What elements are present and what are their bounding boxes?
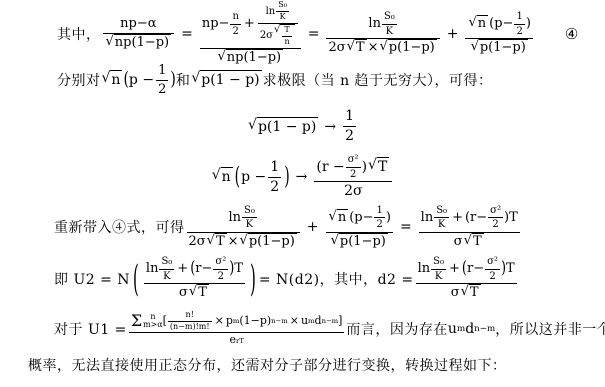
radical-sign-icon: √ (380, 39, 388, 55)
fraction-sigma-sq-over-2: σ²2 (488, 204, 503, 232)
p-minus: p− (494, 15, 513, 33)
text-line-2: 分别对 √n ( p − 12 ) 和 √p(1 − p) 求极限（当 n 趋于… (57, 62, 493, 98)
radicand-T: T (472, 233, 484, 251)
sigma: σ (179, 284, 188, 302)
radicand-T: T (469, 284, 481, 302)
formula-line-6: 即 U2 = N ( ln S₀K + ( r− σ²2 ) T σ √T ) … (54, 251, 519, 306)
fraction-S0-over-K: S₀K (431, 255, 446, 283)
plus-sign: + (244, 15, 255, 33)
radical-sign-icon: √ (471, 39, 479, 55)
radicand-p1p: p(1 − p) (257, 117, 318, 136)
u-base: u (448, 321, 457, 337)
fraction-binomial-coeff: n!(n−m)!m! (168, 310, 212, 333)
line7-text-b: ，所以这并非一个累计 (495, 319, 605, 339)
sum-lower-limit: m>α (143, 321, 162, 329)
radicand-n: n (337, 209, 348, 227)
r-minus: r − (322, 158, 345, 177)
two-sigma: 2σ (260, 29, 273, 43)
ln: ln (266, 5, 276, 19)
summation: Σ n m>α (131, 313, 163, 330)
equation-tag-4: ④ (565, 25, 578, 43)
sqrt-p1p: √p(1−p) (471, 39, 528, 57)
r-minus: r− (195, 260, 212, 278)
line7-text-a: 而言，因为存在 (346, 319, 448, 339)
plus-sign: + (307, 219, 319, 235)
radical-sign-icon: √ (102, 70, 111, 87)
line2-and-text: 和 (176, 70, 191, 90)
fraction-ln-over-2sigma-sqrt-T-n: ln S₀K 2σ √Tn (258, 0, 298, 47)
one: 1 (376, 204, 382, 218)
sqrt-p1p: √p(1 − p) (248, 117, 318, 136)
radicand-np1p: np(1−p) (114, 34, 171, 52)
sqrt-n: √n (212, 167, 233, 186)
radicand-T: T (377, 157, 389, 176)
equals-sign: = (400, 219, 412, 235)
ln: ln (228, 209, 241, 227)
sqrt-p1p: √p(1−p) (380, 39, 437, 57)
left-bracket: [ (163, 314, 167, 329)
left-paren: ( (462, 258, 467, 281)
fraction-n-over-2: n2 (230, 10, 240, 38)
line2-text-a: 分别对 (57, 70, 101, 90)
right-paren: ) (362, 158, 367, 177)
fraction-sqrtn-term: √n ( p− 12 ) √p(1−p) (465, 10, 532, 57)
np-minus: np− (202, 15, 230, 33)
radical-sign-icon: √ (468, 15, 476, 31)
radicand-T: T (197, 284, 209, 302)
d-base: d (315, 314, 322, 329)
sqrt-p1p: √p(1−p) (240, 233, 297, 251)
n: n (284, 37, 289, 48)
radicand-p1p: p(1−p) (479, 39, 528, 57)
arrow-icon: → (324, 119, 336, 135)
fraction-one-half: 12 (374, 204, 384, 232)
arrow-icon: → (296, 169, 308, 185)
S0: S₀ (161, 255, 172, 269)
fraction-sigma-sq-over-2: σ²2 (213, 255, 228, 283)
two: 2 (158, 81, 166, 99)
ln: ln (418, 260, 431, 278)
radical-sign-icon: √ (248, 117, 257, 134)
numerator-np-alpha: np−α (120, 15, 156, 33)
line2-text-b: 求极限（当 n 趋于无穷大），可得： (263, 70, 493, 90)
plus-sign: + (177, 260, 188, 278)
two: 2 (376, 218, 382, 232)
one-minus-p: (1−p) (239, 314, 271, 329)
radicand-p1p: p(1−p) (248, 233, 297, 251)
fraction-S0-over-K: S₀K (159, 255, 174, 283)
radical-sign-icon: √ (464, 233, 472, 249)
sqrt-T-over-n: √Tn (274, 24, 295, 48)
right-paren: ) (526, 15, 531, 33)
sqrt-np1p: √np(1−p) (106, 34, 172, 52)
fraction-S0-over-K: S₀K (434, 204, 449, 232)
plus-sign: + (449, 260, 460, 278)
radical-sign-icon: √ (207, 233, 215, 249)
two: 2 (270, 178, 279, 197)
times-sign: × (228, 233, 239, 251)
one: 1 (270, 158, 279, 177)
two: 2 (492, 218, 498, 232)
equals-sign: = (308, 26, 320, 42)
sigma-sum-icon: Σ (131, 313, 142, 329)
fraction-sigma-sq-over-2: σ²2 (346, 153, 361, 181)
ln: ln (146, 260, 159, 278)
fraction-np-alpha: np−α √np(1−p) (103, 15, 175, 51)
line1-prefix-text: 其中， (57, 24, 101, 44)
d-base: d (465, 321, 474, 337)
ln: ln (421, 209, 434, 227)
S0: S₀ (436, 204, 447, 218)
radical-sign-icon: √ (106, 34, 114, 50)
two: 2 (345, 127, 354, 146)
u-base: u (301, 314, 308, 329)
two: 2 (350, 168, 356, 182)
formula-line-3: √p(1 − p) → 12 (0, 103, 605, 150)
sqrt-T: √T (461, 284, 481, 302)
formula-line-7: 对于 U1 = Σ n m>α [ n!(n−m)!m! × pm (1−p)n… (54, 306, 605, 352)
fraction-S0-over-K: S₀K (276, 0, 289, 23)
text-line-8: 概率，无法直接使用正态分布，还需对分子部分进行变换，转换过程如下： (28, 352, 507, 378)
T: T (234, 260, 243, 278)
K: K (435, 270, 442, 284)
fraction-ln-term: ln S₀K 2σ √T × √p(1−p) (187, 204, 300, 251)
two: 2 (489, 270, 495, 284)
equals-sign: = (181, 26, 193, 42)
two: 2 (232, 25, 238, 39)
fraction-sqrtn-term: √n ( p− 12 ) √p(1−p) (326, 204, 393, 251)
radical-sign-icon: √ (368, 157, 377, 174)
radical-sign-icon: √ (347, 39, 355, 55)
S0: S₀ (278, 0, 287, 11)
sqrt-p1p: √p(1−p) (331, 233, 388, 251)
radical-sign-icon: √ (240, 233, 248, 249)
radical-sign-icon: √ (461, 284, 469, 300)
sqrt-T: √T (189, 284, 209, 302)
right-paren: ) (170, 70, 175, 91)
fraction-U1-sum: Σ n m>α [ n!(n−m)!m! × pm (1−p)n−m × um … (129, 310, 345, 348)
K: K (246, 218, 253, 232)
radical-sign-icon: √ (189, 284, 197, 300)
sigma-squared: σ² (215, 255, 226, 269)
T: T (509, 209, 518, 227)
two: 2 (516, 25, 522, 39)
formula-line-5: 重新带入④式，可得 ln S₀K 2σ √T × √p(1−p) + √n ( … (54, 202, 522, 252)
radicand-p1p: p(1−p) (339, 233, 388, 251)
K: K (438, 218, 445, 232)
fraction-one-half: 12 (514, 10, 524, 38)
one: 1 (345, 107, 354, 126)
sqrt-p1p: √p(1 − p) (191, 70, 261, 89)
radicand-p1p: p(1−p) (388, 39, 437, 57)
fraction-d2-value: ln S₀K + ( r− σ²2 ) T σ √T (419, 204, 520, 251)
radical-sign-icon: √ (329, 209, 337, 225)
n: n (232, 10, 238, 24)
big-left-paren: ( (133, 257, 139, 300)
fraction-T-over-n: Tn (282, 25, 291, 48)
K: K (280, 12, 286, 23)
ln: ln (368, 15, 381, 33)
radicand-n: n (221, 167, 233, 186)
fraction-S0-over-K: S₀K (382, 10, 397, 38)
two: 2 (218, 270, 224, 284)
formula-line-4: √n ( p − 12 ) → ( r − σ²2 ) √T 2σ (0, 148, 605, 206)
sqrt-T: √T (207, 233, 227, 251)
fraction-one-half: 12 (343, 107, 356, 146)
plus-sign: + (452, 209, 463, 227)
two-sigma: 2σ (344, 182, 362, 201)
T: T (506, 260, 515, 278)
sqrt-n: √n (329, 209, 349, 227)
fraction-S0-over-K: S₀K (242, 204, 257, 232)
sqrt-T: √T (464, 233, 484, 251)
radicand-n: n (110, 70, 122, 89)
nm-factorial: (n−m)!m! (170, 322, 210, 333)
S0: S₀ (244, 204, 255, 218)
times-sign: × (215, 314, 224, 329)
r-minus: r− (470, 209, 487, 227)
sqrt-T: √T (347, 39, 367, 57)
sigma-squared: σ² (490, 204, 501, 218)
fraction-sigma-sq-over-2: σ²2 (485, 255, 500, 283)
r-minus: r− (467, 260, 484, 278)
two-sigma: 2σ (189, 233, 206, 251)
sigma: σ (454, 233, 463, 251)
two-sigma: 2σ (328, 39, 345, 57)
radical-sign-icon: √ (331, 233, 339, 249)
S0: S₀ (433, 255, 444, 269)
p-minus: p − (241, 169, 266, 185)
fraction-one-half: 12 (268, 158, 281, 197)
one: 1 (516, 10, 522, 24)
S0: S₀ (384, 10, 395, 24)
fraction-one-half: 12 (156, 62, 168, 98)
p-minus: p − (129, 72, 154, 88)
sigma: σ (451, 284, 460, 302)
left-paren: ( (190, 258, 195, 281)
sqrt-n: √n (468, 15, 488, 33)
sqrt-n: √n (102, 70, 123, 89)
line6-mid-text: = N(d2)，其中，d2 = (259, 269, 414, 289)
times-sign: × (368, 39, 379, 57)
sqrt-T: √T (368, 157, 389, 176)
times-sign: × (290, 314, 299, 329)
one: 1 (158, 62, 166, 80)
formula-line-1: 其中， np−α √np(1−p) = np− n2 + ln S₀K 2σ (57, 5, 578, 62)
document-page: 其中， np−α √np(1−p) = np− n2 + ln S₀K 2σ (0, 0, 605, 387)
K: K (386, 25, 393, 39)
line6-prefix-text: 即 U2 = N (54, 269, 130, 289)
left-paren: ( (123, 70, 128, 91)
right-paren: ) (229, 258, 234, 281)
line7-prefix-text: 对于 U1 = (54, 319, 127, 339)
sigma-squared: σ² (348, 153, 359, 167)
p-base: p (226, 314, 233, 329)
plus-sign: + (447, 26, 459, 42)
T: T (284, 25, 289, 36)
right-paren: ) (386, 209, 391, 227)
radicand-p1p: p(1 − p) (200, 70, 261, 89)
right-bracket: ] (338, 314, 342, 329)
right-paren: ) (284, 163, 289, 190)
fraction-d2-value: ln S₀K + ( r− σ²2 ) T σ √T (416, 255, 517, 302)
left-paren: ( (235, 163, 240, 190)
radicand-n: n (477, 15, 488, 33)
radical-sign-icon: √ (191, 70, 200, 87)
radical-sign-icon: √ (212, 167, 221, 184)
fraction-d2-value: ln S₀K + ( r− σ²2 ) T σ √T (144, 255, 245, 302)
radicand-T: T (215, 233, 227, 251)
fraction-r-sigma-term: ( r − σ²2 ) √T 2σ (314, 153, 392, 201)
e-base: e (229, 333, 236, 348)
sigma-squared: σ² (487, 255, 498, 269)
line8-text: 概率，无法直接使用正态分布，还需对分子部分进行变换，转换过程如下： (28, 355, 507, 375)
n-factorial: n! (186, 310, 194, 321)
line5-prefix-text: 重新带入④式，可得 (54, 217, 185, 237)
p-minus: p− (354, 209, 373, 227)
radicand-T: T (355, 39, 367, 57)
K: K (163, 270, 170, 284)
fraction-expanded: np− n2 + ln S₀K 2σ √Tn √np(1−p) (200, 0, 301, 66)
big-right-paren: ) (250, 257, 256, 300)
right-paren: ) (501, 258, 506, 281)
fraction-ln-term: ln S₀K 2σ √T × √p(1−p) (326, 10, 439, 57)
